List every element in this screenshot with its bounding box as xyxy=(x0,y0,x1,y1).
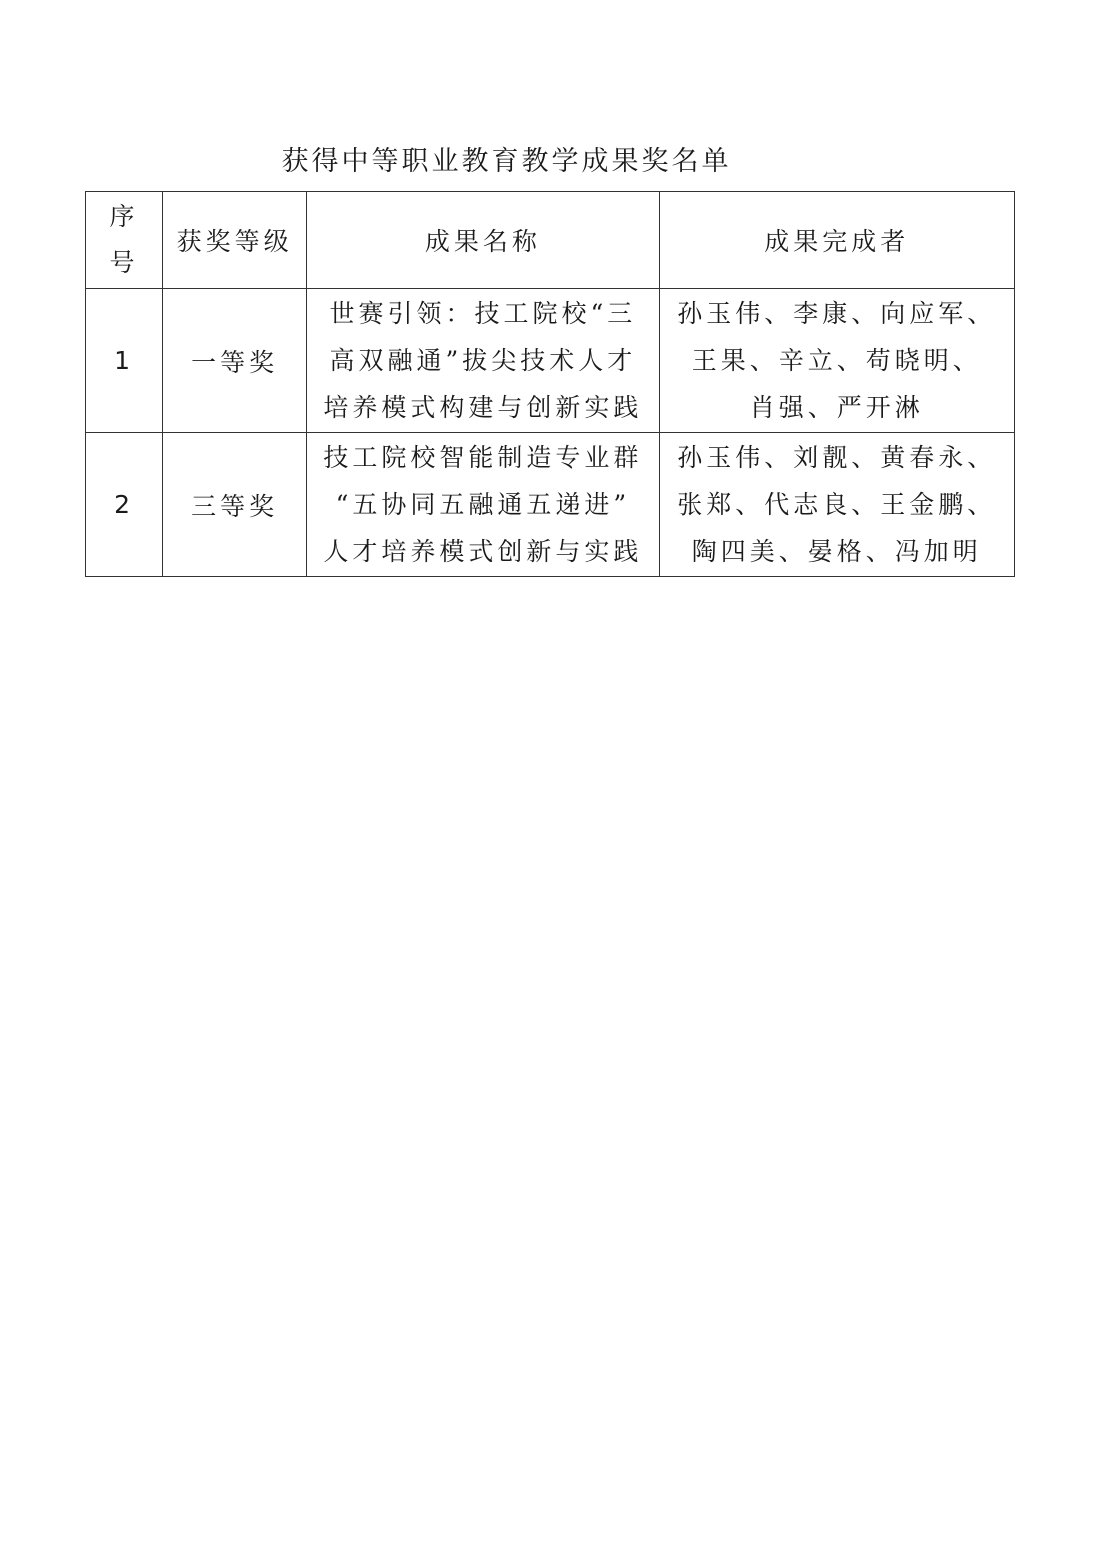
table-row: 2 三等奖 技工院校智能制造专业群 “五协同五融通五递进” 人才培养模式创新与实… xyxy=(86,433,1015,577)
cell-serial-number: 2 xyxy=(86,433,163,577)
author-line: 孙玉伟、李康、向应军、 xyxy=(677,290,996,337)
cell-authors: 孙玉伟、刘靓、黄春永、 张郑、代志良、王金鹏、 陶四美、晏格、冯加明 xyxy=(659,433,1014,577)
header-authors: 成果完成者 xyxy=(659,192,1014,289)
cell-award-level: 一等奖 xyxy=(163,289,307,433)
header-award-level: 获奖等级 xyxy=(163,192,307,289)
cell-serial-number: 1 xyxy=(86,289,163,433)
name-line: 技工院校智能制造专业群 xyxy=(323,434,642,481)
table-header-row: 序 号 获奖等级 成果名称 成果完成者 xyxy=(86,192,1015,289)
author-line: 肖强、严开淋 xyxy=(750,384,924,431)
author-line: 陶四美、晏格、冯加明 xyxy=(692,528,982,575)
cell-achievement-name: 世赛引领：技工院校“三 高双融通”拔尖技术人才 培养模式构建与创新实践 xyxy=(307,289,659,433)
table-row: 1 一等奖 世赛引领：技工院校“三 高双融通”拔尖技术人才 培养模式构建与创新实… xyxy=(86,289,1015,433)
name-line: “五协同五融通五递进” xyxy=(336,481,631,528)
awards-table: 序 号 获奖等级 成果名称 成果完成者 1 一等奖 世赛引领：技工院校“三 高双… xyxy=(85,191,1015,577)
header-serial-number: 序 号 xyxy=(86,192,163,289)
author-line: 王果、辛立、苟晓明、 xyxy=(692,337,982,384)
document-title: 获得中等职业教育教学成果奖名单 xyxy=(0,140,1013,184)
author-line: 孙玉伟、刘靓、黄春永、 xyxy=(677,434,996,481)
name-line: 高双融通”拔尖技术人才 xyxy=(330,337,637,384)
cell-award-level: 三等奖 xyxy=(163,433,307,577)
name-line: 人才培养模式创新与实践 xyxy=(323,528,642,575)
cell-achievement-name: 技工院校智能制造专业群 “五协同五融通五递进” 人才培养模式创新与实践 xyxy=(307,433,659,577)
name-line: 培养模式构建与创新实践 xyxy=(323,384,642,431)
name-line: 世赛引领：技工院校“三 xyxy=(330,290,637,337)
header-serial-line-2: 号 xyxy=(110,240,139,286)
cell-authors: 孙玉伟、李康、向应军、 王果、辛立、苟晓明、 肖强、严开淋 xyxy=(659,289,1014,433)
author-line: 张郑、代志良、王金鹏、 xyxy=(677,481,996,528)
header-serial-line-1: 序 xyxy=(110,194,139,240)
header-achievement-name: 成果名称 xyxy=(307,192,659,289)
